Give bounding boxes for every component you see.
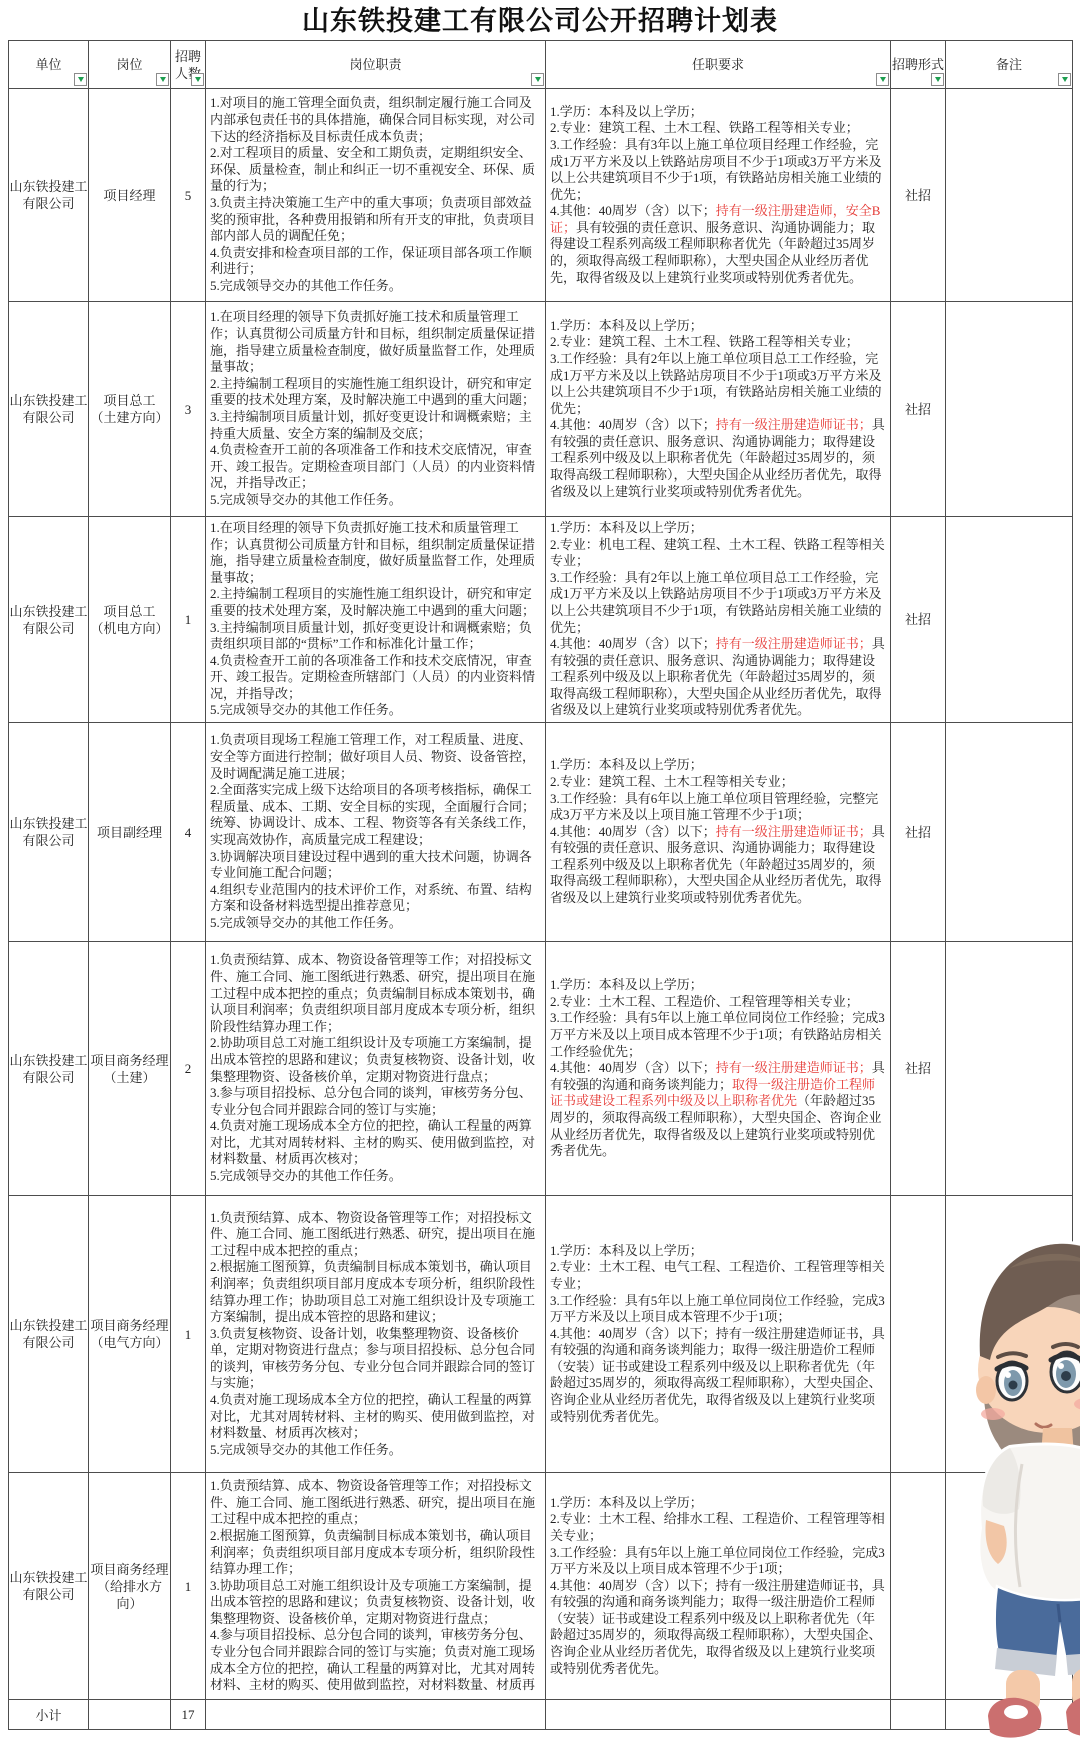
remark-cell	[946, 517, 1073, 723]
count-cell: 1	[171, 517, 206, 723]
requirements-cell: 1.学历：本科及以上学历； 2.专业：建筑工程、土木工程、铁路工程等相关专业； …	[546, 89, 891, 302]
duties-text: 1.负责预结算、成本、物资设备管理等工作；对招投标文件、施工合同、施工图纸进行熟…	[210, 1478, 541, 1694]
boy-illustration	[860, 1142, 1080, 1742]
column-header-count: 招聘人数	[171, 41, 206, 89]
position-cell: 项目总工 （机电方向）	[89, 517, 171, 723]
form-cell: 社招	[891, 723, 946, 942]
subtotal-count-cell: 17	[171, 1700, 206, 1730]
column-header-position: 岗位	[89, 41, 171, 89]
requirement-highlight-text: 持有一级注册建造师证书；	[716, 636, 872, 651]
unit-cell: 山东铁投建工有限公司	[9, 723, 89, 942]
duties-cell: 1.在项目经理的领导下负责抓好施工技术和质量管理工作；认真贯彻公司质量方针和目标…	[206, 517, 546, 723]
position-cell: 项目总工 （土建方向）	[89, 302, 171, 517]
column-header-requirements: 任职要求	[546, 41, 891, 89]
requirement-text: 1.学历：本科及以上学历； 2.专业：机电工程、建筑工程、土木工程、铁路工程等相…	[550, 520, 885, 651]
table-row: 山东铁投建工有限公司项目总工 （土建方向）31.在项目经理的领导下负责抓好施工技…	[9, 302, 1073, 517]
duties-cell: 1.负责预结算、成本、物资设备管理等工作；对招投标文件、施工合同、施工图纸进行熟…	[206, 1196, 546, 1473]
filter-dropdown-icon[interactable]	[74, 73, 87, 86]
column-header-label: 任职要求	[692, 57, 744, 72]
count-cell: 3	[171, 302, 206, 517]
count-cell: 5	[171, 89, 206, 302]
column-header-remark: 备注	[946, 41, 1073, 89]
requirement-highlight-text: 持有一级注册建造师证书；	[716, 1060, 872, 1075]
boy-shorts-seam	[1058, 1604, 1060, 1622]
boy-sleeve	[983, 1448, 1021, 1514]
requirements-cell: 1.学历：本科及以上学历； 2.专业：建筑工程、土木工程、铁路工程等相关专业； …	[546, 302, 891, 517]
unit-cell: 山东铁投建工有限公司	[9, 517, 89, 723]
requirement-text: 1.学历：本科及以上学历； 2.专业：建筑工程、土木工程、铁路工程等相关专业； …	[550, 104, 882, 219]
column-header-unit: 单位	[9, 41, 89, 89]
filter-dropdown-icon[interactable]	[191, 73, 204, 86]
column-header-label: 招聘形式	[892, 57, 944, 72]
page-title: 山东铁投建工有限公司公开招聘计划表	[0, 0, 1080, 40]
requirement-text: 1.学历：本科及以上学历； 2.专业：土木工程、给排水工程、工程造价、工程管理等…	[550, 1495, 885, 1676]
requirements-cell: 1.学历：本科及以上学历； 2.专业：土木工程、电气工程、工程造价、工程管理等相…	[546, 1196, 891, 1473]
filter-funnel-glyph	[1062, 77, 1068, 82]
duties-cell: 1.在项目经理的领导下负责抓好施工技术和质量管理工作；认真贯彻公司质量方针和目标…	[206, 302, 546, 517]
boy-eye-left	[997, 1362, 1027, 1400]
unit-cell: 山东铁投建工有限公司	[9, 942, 89, 1196]
boy-shoelace-left	[1004, 1705, 1028, 1719]
filter-dropdown-icon[interactable]	[1058, 73, 1071, 86]
duties-cell: 1.负责预结算、成本、物资设备管理等工作；对招投标文件、施工合同、施工图纸进行熟…	[206, 942, 546, 1196]
remark-cell	[946, 302, 1073, 517]
header-row: 单位岗位招聘人数岗位职责任职要求招聘形式备注	[9, 41, 1073, 89]
filter-dropdown-icon[interactable]	[531, 73, 544, 86]
count-cell: 1	[171, 1196, 206, 1473]
subtotal-empty-cell	[546, 1700, 891, 1730]
position-cell: 项目经理	[89, 89, 171, 302]
column-header-form: 招聘形式	[891, 41, 946, 89]
duties-cell: 1.负责预结算、成本、物资设备管理等工作；对招投标文件、施工合同、施工图纸进行熟…	[206, 1473, 546, 1700]
column-header-label: 岗位职责	[349, 57, 401, 72]
position-cell: 项目商务经理 （土建）	[89, 942, 171, 1196]
requirement-text: 具有较强的责任意识、服务意识、沟通协调能力；取得建设工程系列高级工程师职称者优先…	[550, 220, 875, 285]
filter-funnel-glyph	[935, 77, 941, 82]
requirement-highlight-text: 持有一级注册建造师证书；	[716, 824, 872, 839]
requirements-cell: 1.学历：本科及以上学历； 2.专业：机电工程、建筑工程、土木工程、铁路工程等相…	[546, 517, 891, 723]
form-cell: 社招	[891, 89, 946, 302]
count-cell: 2	[171, 942, 206, 1196]
position-cell: 项目商务经理 （电气方向）	[89, 1196, 171, 1473]
form-cell: 社招	[891, 302, 946, 517]
duties-text: 1.负责项目现场工程施工管理工作，对工程质量、进度、安全等方面进行控制；做好项目…	[210, 732, 541, 931]
table-row: 山东铁投建工有限公司项目经理51.对项目的施工管理全面负责，组织制定履行施工合同…	[9, 89, 1073, 302]
column-header-label: 单位	[35, 57, 61, 72]
boy-eye-right	[1051, 1352, 1080, 1392]
unit-cell: 山东铁投建工有限公司	[9, 89, 89, 302]
subtotal-label-cell: 小计	[9, 1700, 89, 1730]
count-cell: 1	[171, 1473, 206, 1700]
duties-text: 1.在项目经理的领导下负责抓好施工技术和质量管理工作；认真贯彻公司质量方针和目标…	[210, 520, 541, 719]
remark-cell	[946, 723, 1073, 942]
requirement-text: 1.学历：本科及以上学历； 2.专业：土木工程、电气工程、工程造价、工程管理等相…	[550, 1243, 885, 1424]
column-header-label: 备注	[996, 57, 1022, 72]
duties-text: 1.对项目的施工管理全面负责，组织制定履行施工合同及内部承包责任书的具体措施，确…	[210, 95, 541, 294]
duties-text: 1.负责预结算、成本、物资设备管理等工作；对招投标文件、施工合同、施工图纸进行熟…	[210, 1210, 541, 1459]
subtotal-empty-cell	[206, 1700, 546, 1730]
boy-shoe-right	[1066, 1696, 1080, 1737]
form-cell: 社招	[891, 517, 946, 723]
filter-dropdown-icon[interactable]	[156, 73, 169, 86]
boy-blush-left	[981, 1408, 1005, 1420]
filter-funnel-glyph	[160, 77, 166, 82]
recruitment-plan-page: 山东铁投建工有限公司公开招聘计划表 单位岗位招聘人数岗位职责任职要求招聘形式备注…	[0, 0, 1080, 1742]
duties-cell: 1.负责项目现场工程施工管理工作，对工程质量、进度、安全等方面进行控制；做好项目…	[206, 723, 546, 942]
filter-dropdown-icon[interactable]	[876, 73, 889, 86]
subtotal-empty-cell	[89, 1700, 171, 1730]
duties-text: 1.在项目经理的领导下负责抓好施工技术和质量管理工作；认真贯彻公司质量方针和目标…	[210, 309, 541, 508]
requirements-cell: 1.学历：本科及以上学历； 2.专业：建筑工程、土木工程等相关专业； 3.工作经…	[546, 723, 891, 942]
unit-cell: 山东铁投建工有限公司	[9, 1473, 89, 1700]
filter-funnel-glyph	[195, 77, 201, 82]
column-header-duties: 岗位职责	[206, 41, 546, 89]
duties-text: 1.负责预结算、成本、物资设备管理等工作；对招投标文件、施工合同、施工图纸进行熟…	[210, 952, 541, 1184]
position-cell: 项目副经理	[89, 723, 171, 942]
table-row: 山东铁投建工有限公司项目副经理41.负责项目现场工程施工管理工作，对工程质量、进…	[9, 723, 1073, 942]
requirements-cell: 1.学历：本科及以上学历； 2.专业：土木工程、给排水工程、工程造价、工程管理等…	[546, 1473, 891, 1700]
column-header-label: 岗位	[116, 57, 142, 72]
table-row: 山东铁投建工有限公司项目总工 （机电方向）11.在项目经理的领导下负责抓好施工技…	[9, 517, 1073, 723]
boy-ear	[976, 1376, 996, 1404]
filter-funnel-glyph	[78, 77, 84, 82]
requirement-text: 1.学历：本科及以上学历； 2.专业：建筑工程、土木工程、铁路工程等相关专业； …	[550, 318, 882, 433]
count-cell: 4	[171, 723, 206, 942]
unit-cell: 山东铁投建工有限公司	[9, 1196, 89, 1473]
requirement-highlight-text: 持有一级注册建造师证书；	[716, 417, 872, 432]
filter-funnel-glyph	[535, 77, 541, 82]
filter-dropdown-icon[interactable]	[931, 73, 944, 86]
remark-cell	[946, 89, 1073, 302]
unit-cell: 山东铁投建工有限公司	[9, 302, 89, 517]
requirements-cell: 1.学历：本科及以上学历； 2.专业：土木工程、工程造价、工程管理等相关专业； …	[546, 942, 891, 1196]
position-cell: 项目商务经理 （给排水方向）	[89, 1473, 171, 1700]
duties-cell: 1.对项目的施工管理全面负责，组织制定履行施工合同及内部承包责任书的具体措施，确…	[206, 89, 546, 302]
filter-funnel-glyph	[880, 77, 886, 82]
